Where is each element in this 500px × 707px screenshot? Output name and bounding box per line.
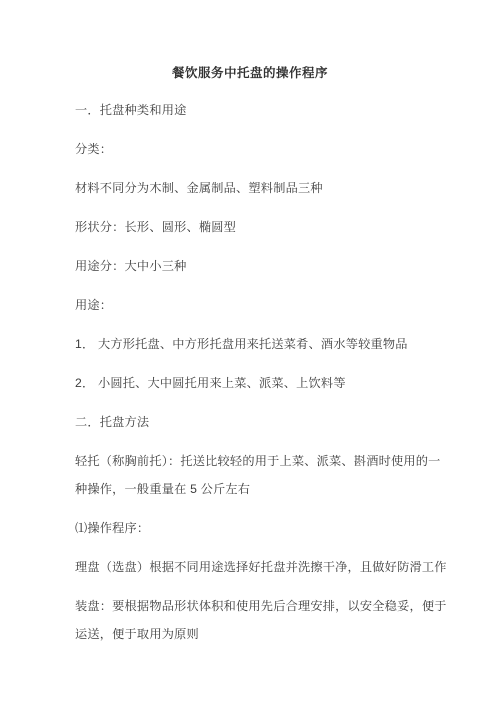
paragraph-usage-item-1: 1． 大方形托盘、中方形托盘用来托送菜肴、酒水等较重物品	[75, 330, 440, 358]
paragraph-section-heading: 一．托盘种类和用途	[75, 96, 440, 124]
document-page: 餐饮服务中托盘的操作程序 一．托盘种类和用途 分类： 材料不同分为木制、金属制品…	[0, 0, 500, 707]
paragraph-material-types: 材料不同分为木制、金属制品、塑料制品三种	[75, 174, 440, 202]
paragraph-procedure-label: ⑴操作程序：	[75, 514, 440, 542]
document-title: 餐饮服务中托盘的操作程序	[75, 59, 425, 87]
paragraph-light-carry: 轻托（称胸前托）：托送比较轻的用于上菜、派菜、斟酒时使用的一 种操作，一般重量在…	[75, 447, 440, 503]
paragraph-prepare-tray: 理盘（选盘）根据不同用途选择好托盘并洗擦干净，且做好防滑工作	[75, 553, 440, 581]
paragraph-classification-label: 分类：	[75, 135, 440, 163]
paragraph-load-tray: 装盘：要根据物品形状体积和使用先后合理安排，以安全稳妥，便于 运送，便于取用为原…	[75, 592, 440, 648]
paragraph-section-heading-2: 二．托盘方法	[75, 408, 440, 436]
paragraph-shape-types: 形状分：长形、圆形、椭圆型	[75, 213, 440, 241]
paragraph-usage-item-2: 2． 小圆托、大中圆托用来上菜、派菜、上饮料等	[75, 369, 440, 397]
paragraph-usage-sizes: 用途分：大中小三种	[75, 252, 440, 280]
paragraph-usage-label: 用途：	[75, 291, 440, 319]
